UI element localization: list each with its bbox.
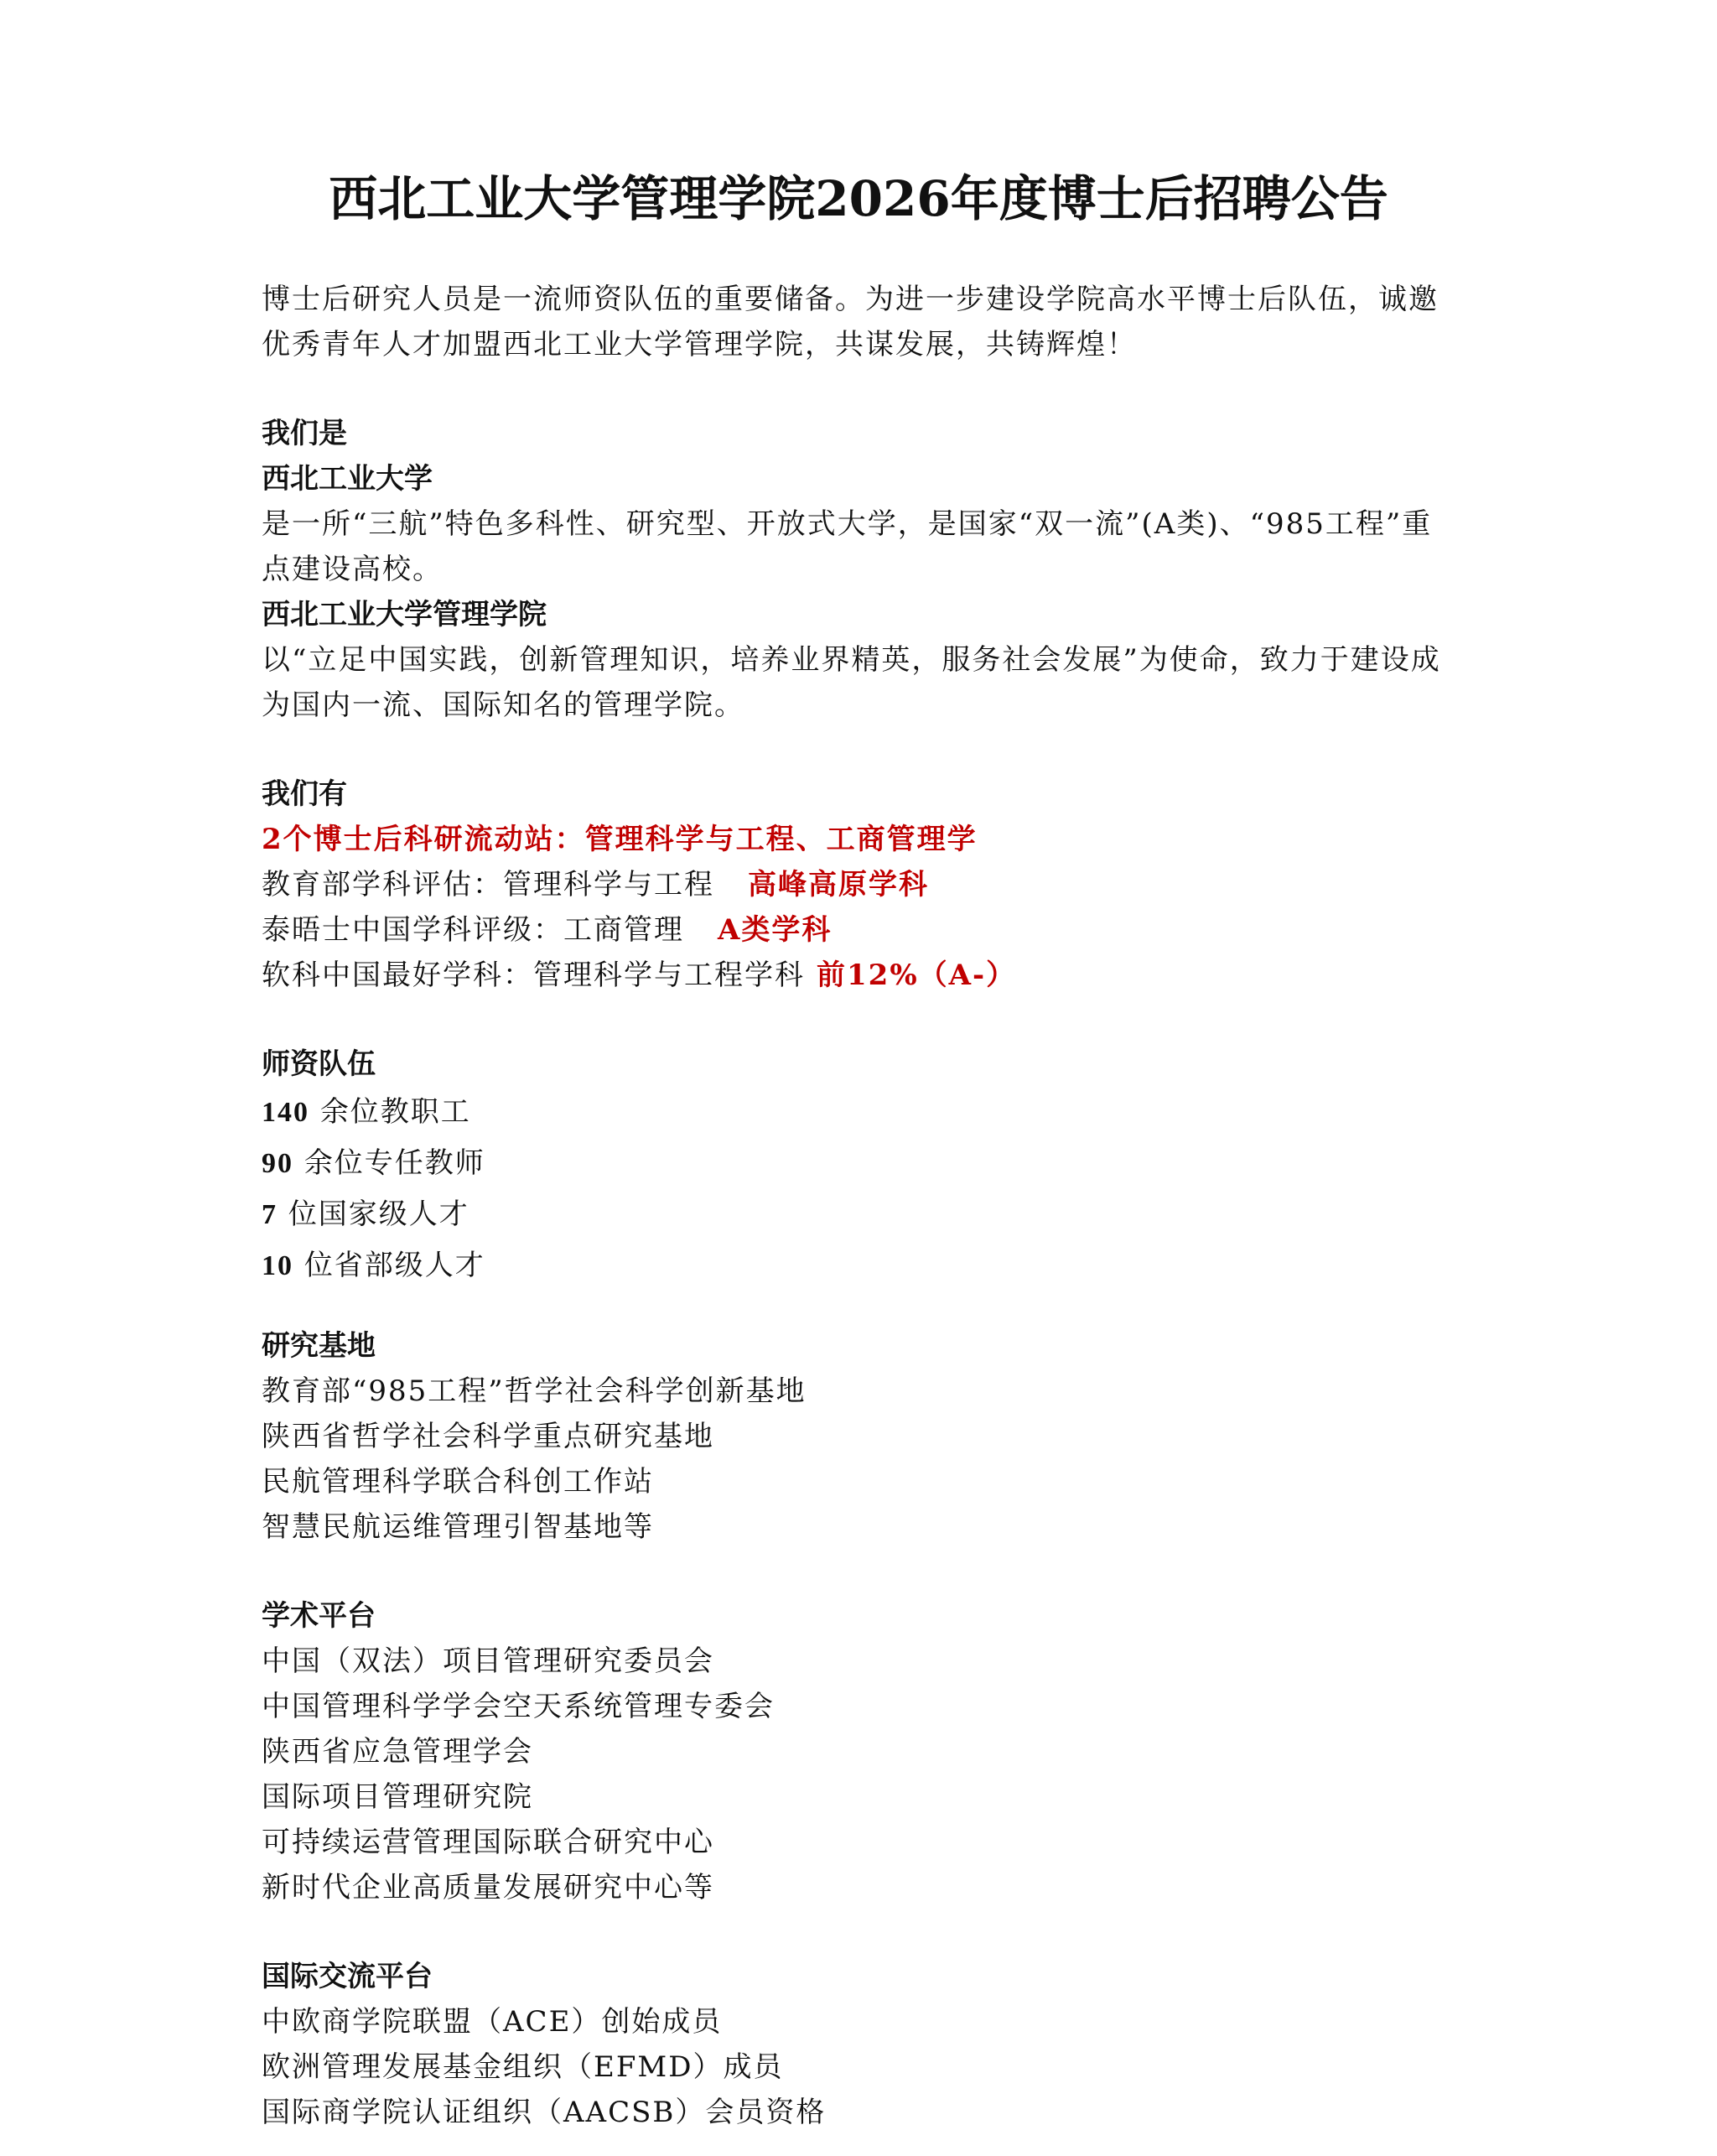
ranking-highlight: 前12%（A-） [817,959,1016,992]
section-heading-academic-platforms: 学术平台 [262,1593,1460,1639]
ranking-label: 教育部学科评估：管理科学与工程 [262,868,714,901]
section-international-platforms: 国际交流平台 中欧商学院联盟（ACE）创始成员 欧洲管理发展基金组织（EFMD）… [262,1954,1460,2135]
section-who-we-are: 我们是 西北工业大学 是一所“三航”特色多科性、研究型、开放式大学，是国家“双一… [262,411,1460,728]
school-description: 以“立足中国实践，创新管理知识，培养业界精英，服务社会发展”为使命，致力于建设成… [262,637,1460,728]
faculty-count: 10 [262,1250,293,1281]
faculty-label: 位国家级人才 [288,1197,469,1231]
spacer [262,1550,1460,1593]
faculty-item: 90 余位专任教师 [262,1138,1460,1189]
page-title: 西北工业大学管理学院2026年度博士后招聘公告 [0,165,1717,232]
section-what-we-have: 我们有 2个博士后科研流动站：管理科学与工程、工商管理学 教育部学科评估：管理科… [262,771,1460,998]
faculty-label: 余位教职工 [320,1095,471,1129]
postdoc-stations: 2个博士后科研流动站：管理科学与工程、工商管理学 [262,817,1460,862]
ranking-item: 教育部学科评估：管理科学与工程高峰高原学科 [262,862,1460,907]
spacer [262,367,1460,411]
university-name: 西北工业大学 [262,456,1460,501]
faculty-item: 140 余位教职工 [262,1087,1460,1138]
ranking-highlight: A类学科 [718,913,832,947]
academic-platform-item: 中国管理科学学会空天系统管理专委会 [262,1684,1460,1729]
faculty-label: 余位专任教师 [304,1146,485,1180]
document-body: 博士后研究人员是一流师资队伍的重要储备。为进一步建设学院高水平博士后队伍，诚邀优… [262,277,1460,2135]
ranking-label: 软科中国最好学科：管理科学与工程学科 [262,959,805,992]
academic-platform-item: 可持续运营管理国际联合研究中心 [262,1820,1460,1865]
university-description: 是一所“三航”特色多科性、研究型、开放式大学，是国家“双一流”(A类)、“985… [262,501,1460,592]
section-heading-what-we-have: 我们有 [262,771,1460,817]
faculty-label: 位省部级人才 [304,1249,485,1282]
intro-paragraph: 博士后研究人员是一流师资队伍的重要储备。为进一步建设学院高水平博士后队伍，诚邀优… [262,277,1460,367]
section-academic-platforms: 学术平台 中国（双法）项目管理研究委员会 中国管理科学学会空天系统管理专委会 陕… [262,1593,1460,1910]
ranking-label: 泰晤士中国学科评级：工商管理 [262,913,684,947]
academic-platform-item: 陕西省应急管理学会 [262,1729,1460,1774]
faculty-item: 10 位省部级人才 [262,1240,1460,1291]
school-name: 西北工业大学管理学院 [262,592,1460,637]
spacer [262,1910,1460,1954]
research-base-item: 陕西省哲学社会科学重点研究基地 [262,1414,1460,1459]
research-base-item: 教育部“985工程”哲学社会科学创新基地 [262,1369,1460,1414]
spacer [262,1291,1460,1323]
ranking-highlight: 高峰高原学科 [748,868,929,901]
faculty-item: 7 位国家级人才 [262,1189,1460,1240]
spacer [262,998,1460,1042]
spacer [262,728,1460,771]
section-faculty: 师资队伍 140 余位教职工 90 余位专任教师 7 位国家级人才 10 位省部… [262,1042,1460,1291]
faculty-count: 7 [262,1199,278,1230]
section-heading-international-platforms: 国际交流平台 [262,1954,1460,1999]
ranking-item: 泰晤士中国学科评级：工商管理A类学科 [262,907,1460,953]
research-base-item: 智慧民航运维管理引智基地等 [262,1504,1460,1550]
faculty-count: 90 [262,1148,293,1179]
academic-platform-item: 国际项目管理研究院 [262,1774,1460,1820]
international-platform-item: 中欧商学院联盟（ACE）创始成员 [262,1999,1460,2044]
faculty-count: 140 [262,1097,309,1128]
academic-platform-item: 中国（双法）项目管理研究委员会 [262,1639,1460,1684]
international-platform-item: 国际商学院认证组织（AACSB）会员资格 [262,2090,1460,2135]
international-platform-item: 欧洲管理发展基金组织（EFMD）成员 [262,2044,1460,2090]
ranking-item: 软科中国最好学科：管理科学与工程学科前12%（A-） [262,953,1460,998]
section-research-bases: 研究基地 教育部“985工程”哲学社会科学创新基地 陕西省哲学社会科学重点研究基… [262,1323,1460,1550]
research-base-item: 民航管理科学联合科创工作站 [262,1459,1460,1504]
section-heading-research-bases: 研究基地 [262,1323,1460,1369]
academic-platform-item: 新时代企业高质量发展研究中心等 [262,1865,1460,1910]
section-heading-faculty: 师资队伍 [262,1042,1460,1087]
section-heading-who-we-are: 我们是 [262,411,1460,456]
